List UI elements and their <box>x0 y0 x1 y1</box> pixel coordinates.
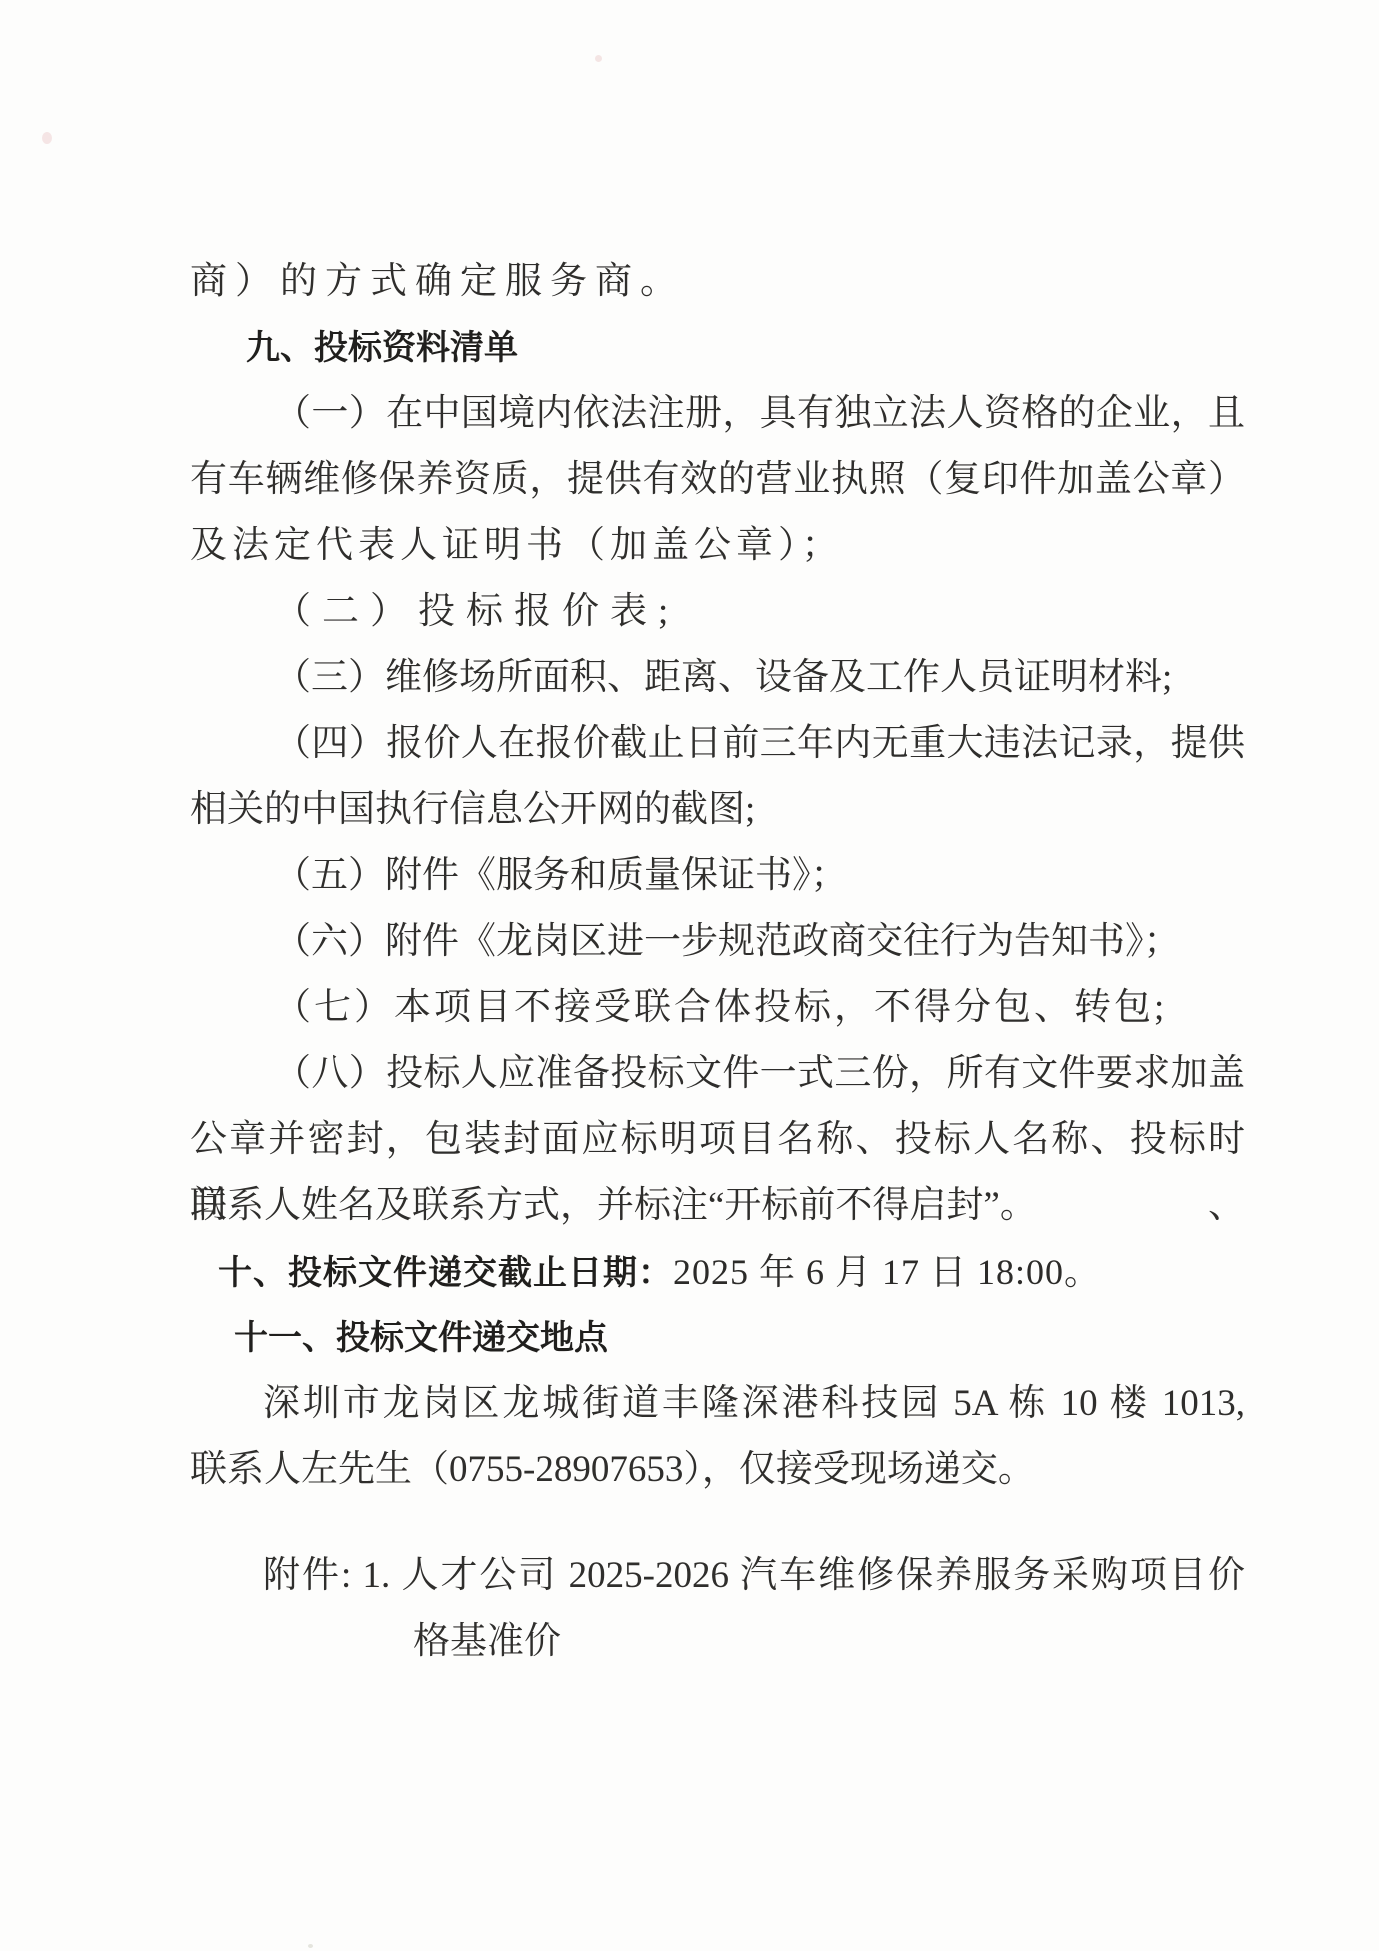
document-page: 商）的方式确定服务商。 九、投标资料清单 （一）在中国境内依法注册，具有独立法人… <box>0 0 1379 1951</box>
section-10-label: 十、投标文件递交截止日期： <box>218 1254 673 1292</box>
section-11-heading: 十一、投标文件递交地点 <box>190 1305 1245 1371</box>
item-5-line: （五）附件《服务和质量保证书》； <box>190 843 1245 909</box>
paragraph-continuation-line: 商）的方式确定服务商。 <box>190 249 1245 315</box>
item-8-line-1: （八）投标人应准备投标文件一式三份，所有文件要求加盖 <box>190 1041 1245 1107</box>
item-3-line: （三）维修场所面积、距离、设备及工作人员证明材料; <box>190 645 1245 711</box>
deadline-date: 2025 年 6 月 17 日 18:00。 <box>673 1252 1101 1292</box>
section-9-heading: 九、投标资料清单 <box>190 315 1245 381</box>
item-1-line-3: 及法定代表人证明书（加盖公章）； <box>190 513 1245 579</box>
item-2-line: （二）投标报价表; <box>190 579 1245 645</box>
address-line-1: 深圳市龙岗区龙城街道丰隆深港科技园 5A 栋 10 楼 1013, <box>190 1371 1245 1437</box>
item-1-line-1: （一）在中国境内依法注册，具有独立法人资格的企业，且 <box>190 381 1245 447</box>
scan-smudge <box>42 132 52 144</box>
attachment-line-2: 格基准价 <box>190 1609 1245 1675</box>
document-body: 商）的方式确定服务商。 九、投标资料清单 （一）在中国境内依法注册，具有独立法人… <box>190 249 1245 1675</box>
paragraph-gap <box>190 1503 1245 1543</box>
scan-smudge <box>595 55 602 62</box>
section-10-heading-line: 十、投标文件递交截止日期：2025 年 6 月 17 日 18:00。 <box>190 1239 1245 1305</box>
item-6-line: （六）附件《龙岗区进一步规范政商交往行为告知书》； <box>190 909 1245 975</box>
attachment-line-1: 附件: 1. 人才公司 2025-2026 汽车维修保养服务采购项目价 <box>190 1543 1245 1609</box>
item-8-line-2: 公章并密封，包装封面应标明项目名称、投标人名称、投标时间、 <box>190 1107 1245 1173</box>
item-4-line-2: 相关的中国执行信息公开网的截图; <box>190 777 1245 843</box>
address-line-2: 联系人左先生（0755-28907653），仅接受现场递交。 <box>190 1437 1245 1503</box>
item-7-line: （七）本项目不接受联合体投标，不得分包、转包; <box>190 975 1245 1041</box>
item-4-line-1: （四）报价人在报价截止日前三年内无重大违法记录，提供 <box>190 711 1245 777</box>
item-1-line-2: 有车辆维修保养资质，提供有效的营业执照（复印件加盖公章） <box>190 447 1245 513</box>
scan-smudge <box>308 1944 313 1948</box>
